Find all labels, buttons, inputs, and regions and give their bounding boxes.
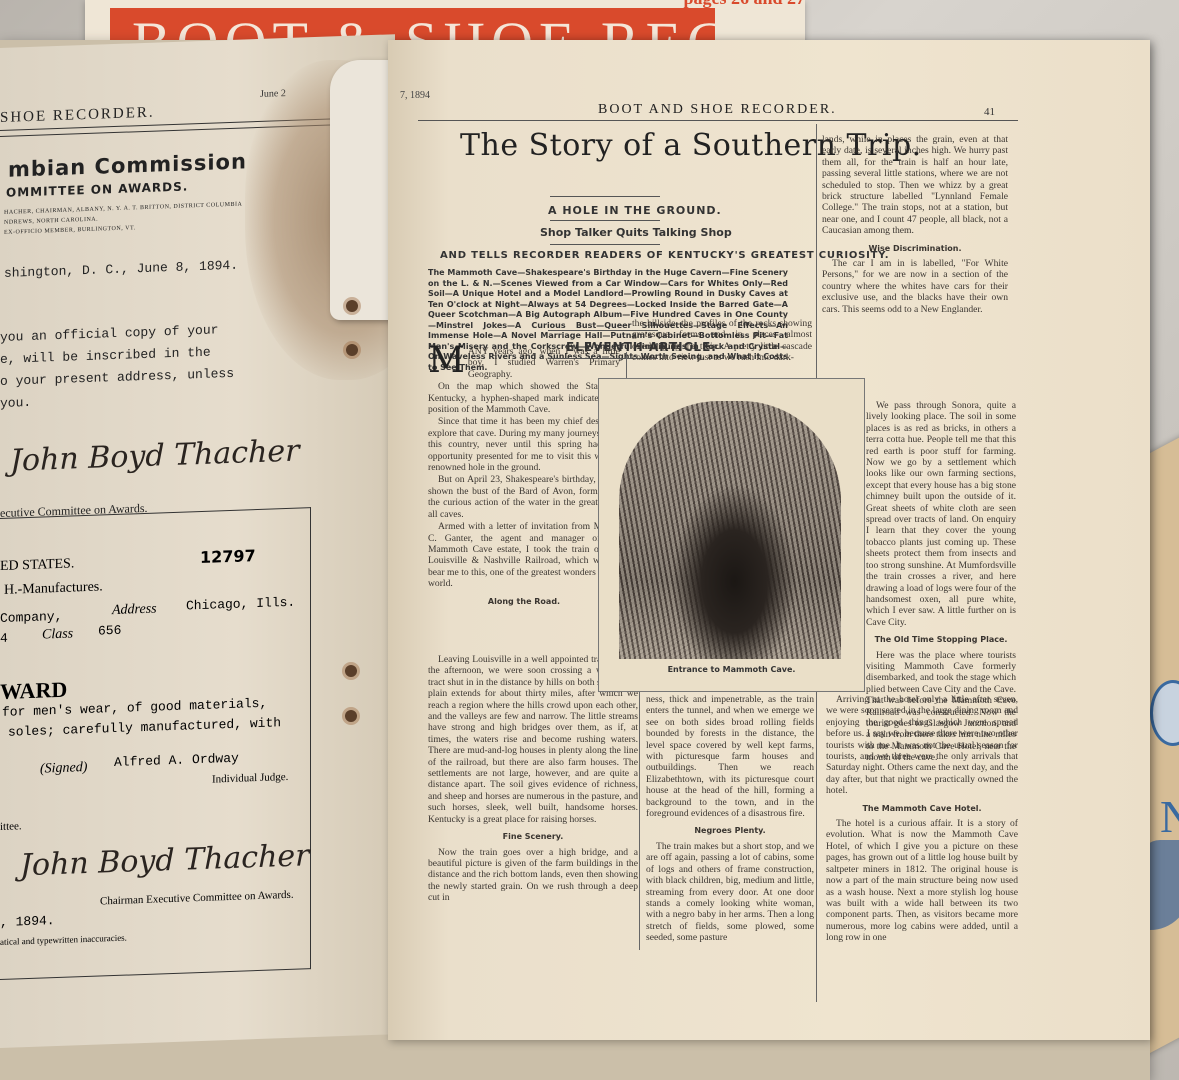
subhead-wise-discrimination: Wise Discrimination. xyxy=(822,243,1008,254)
column-2-top: the hillside, the profiles of the rocks … xyxy=(632,318,812,365)
judge-title: Individual Judge. xyxy=(212,771,288,786)
class-label: Class xyxy=(42,626,73,643)
paragraph: Since that time it has been my chief des… xyxy=(428,416,620,473)
judge-name: Alfred A. Ordway xyxy=(114,751,239,770)
cave-entrance-engraving xyxy=(619,401,841,659)
running-head: BOOT AND SHOE RECORDER. xyxy=(598,102,837,118)
chairman-signature: John Boyd Thacher xyxy=(20,838,310,883)
class-prefix: 4 xyxy=(0,631,8,646)
title-rule xyxy=(550,196,660,197)
binding-hole xyxy=(346,300,358,312)
subhead-along-the-road: Along the Road. xyxy=(428,596,620,607)
column-1: MANY years ago, when I was a little boy,… xyxy=(428,346,620,611)
kicker-rule xyxy=(550,220,660,221)
award-company: Company, xyxy=(0,609,62,626)
paragraph: The car I am in is labelled, "For White … xyxy=(822,258,1008,315)
committee-subheading: OMMITTEE ON AWARDS. xyxy=(6,179,188,199)
award-line: soles; carefully manufactured, with xyxy=(8,715,281,740)
header-rule xyxy=(418,120,1018,121)
paragraph: We pass through Sonora, quite a lively l… xyxy=(866,400,1016,628)
award-certificate: ED STATES. 12797 H.-Manufactures. Compan… xyxy=(0,507,311,980)
award-department: H.-Manufactures. xyxy=(4,579,103,598)
page-date: 7, 1894 xyxy=(400,90,430,101)
column-divider xyxy=(639,690,640,950)
deck-rule xyxy=(550,244,660,245)
figure-caption: Entrance to Mammoth Cave. xyxy=(599,665,864,674)
column-3-lower: Arriving at the hotel only a little afte… xyxy=(826,694,1018,945)
page-number: 41 xyxy=(984,106,995,118)
award-heading: WARD xyxy=(0,677,67,705)
subhead-mammoth-cave-hotel: The Mammoth Cave Hotel. xyxy=(826,803,1018,814)
article-deck: Shop Talker Quits Talking Shop xyxy=(540,226,732,239)
column-3-top: lands, while in places the grain, even a… xyxy=(822,134,1008,316)
cover-subtitle: pages 26 and 27 xyxy=(683,0,805,9)
letter-dateline: shington, D. C., June 8, 1894. xyxy=(4,258,238,281)
award-footnote: atical and typewritten inaccuracies. xyxy=(0,933,127,947)
award-country: ED STATES. xyxy=(0,556,74,575)
paragraph: But on April 23, Shakespeare's birthday,… xyxy=(428,474,620,520)
signature: John Boyd Thacher xyxy=(10,434,300,479)
column-2-lower: ness, thick and impenetrable, as the tra… xyxy=(646,694,814,945)
booklet-letter: N xyxy=(1160,790,1179,843)
paragraph: ness, thick and impenetrable, as the tra… xyxy=(646,694,814,819)
subhead-old-time-stopping-place: The Old Time Stopping Place. xyxy=(866,634,1016,645)
subhead-negroes-plenty: Negroes Plenty. xyxy=(646,825,814,836)
signed-label: (Signed) xyxy=(40,760,87,778)
letter-line: o your present address, unless xyxy=(0,366,234,389)
cave-entrance-figure: Entrance to Mammoth Cave. xyxy=(598,378,865,692)
committee-fragment: ittee. xyxy=(0,820,22,833)
paragraph: Armed with a letter of invitation from M… xyxy=(428,521,620,589)
paragraph: Arriving at the hotel only a little afte… xyxy=(826,694,1018,797)
binding-hole xyxy=(345,710,357,722)
paragraph: lands, while in places the grain, even a… xyxy=(822,134,1008,237)
binding-hole xyxy=(345,665,357,677)
paragraph: the hillside, the profiles of the rocks … xyxy=(632,318,812,364)
letter-line: e, will be inscribed in the xyxy=(0,345,211,367)
paragraph: On the map which showed the State of Ken… xyxy=(428,381,620,415)
left-running-head: SHOE RECORDER. xyxy=(0,105,155,127)
letter-line: you. xyxy=(0,395,31,411)
address-value: Chicago, Ills. xyxy=(186,595,295,614)
subhead-fine-scenery: Fine Scenery. xyxy=(428,831,638,842)
award-number: 12797 xyxy=(200,546,256,567)
drop-cap: M xyxy=(428,346,465,376)
binding-hole xyxy=(346,344,358,356)
right-page: 7, 1894 BOOT AND SHOE RECORDER. 41 The S… xyxy=(388,40,1150,1040)
letter-line: you an official copy of your xyxy=(0,322,218,345)
award-date: , 1894. xyxy=(0,913,55,930)
paragraph: Now the train goes over a high bridge, a… xyxy=(428,847,638,904)
paragraph: The hotel is a curious affair. It is a s… xyxy=(826,818,1018,943)
article-kicker: A HOLE IN THE GROUND. xyxy=(548,204,722,217)
officer-list: HACHER, CHAIRMAN, ALBANY, N. Y. A. T. BR… xyxy=(4,200,242,238)
class-value: 656 xyxy=(98,623,121,639)
paragraph: The train makes but a short stop, and we… xyxy=(646,841,814,944)
commission-heading: mbian Commission xyxy=(8,149,247,181)
address-label: Address xyxy=(112,602,157,620)
chairman-title: Chairman Executive Committee on Awards. xyxy=(100,889,294,908)
